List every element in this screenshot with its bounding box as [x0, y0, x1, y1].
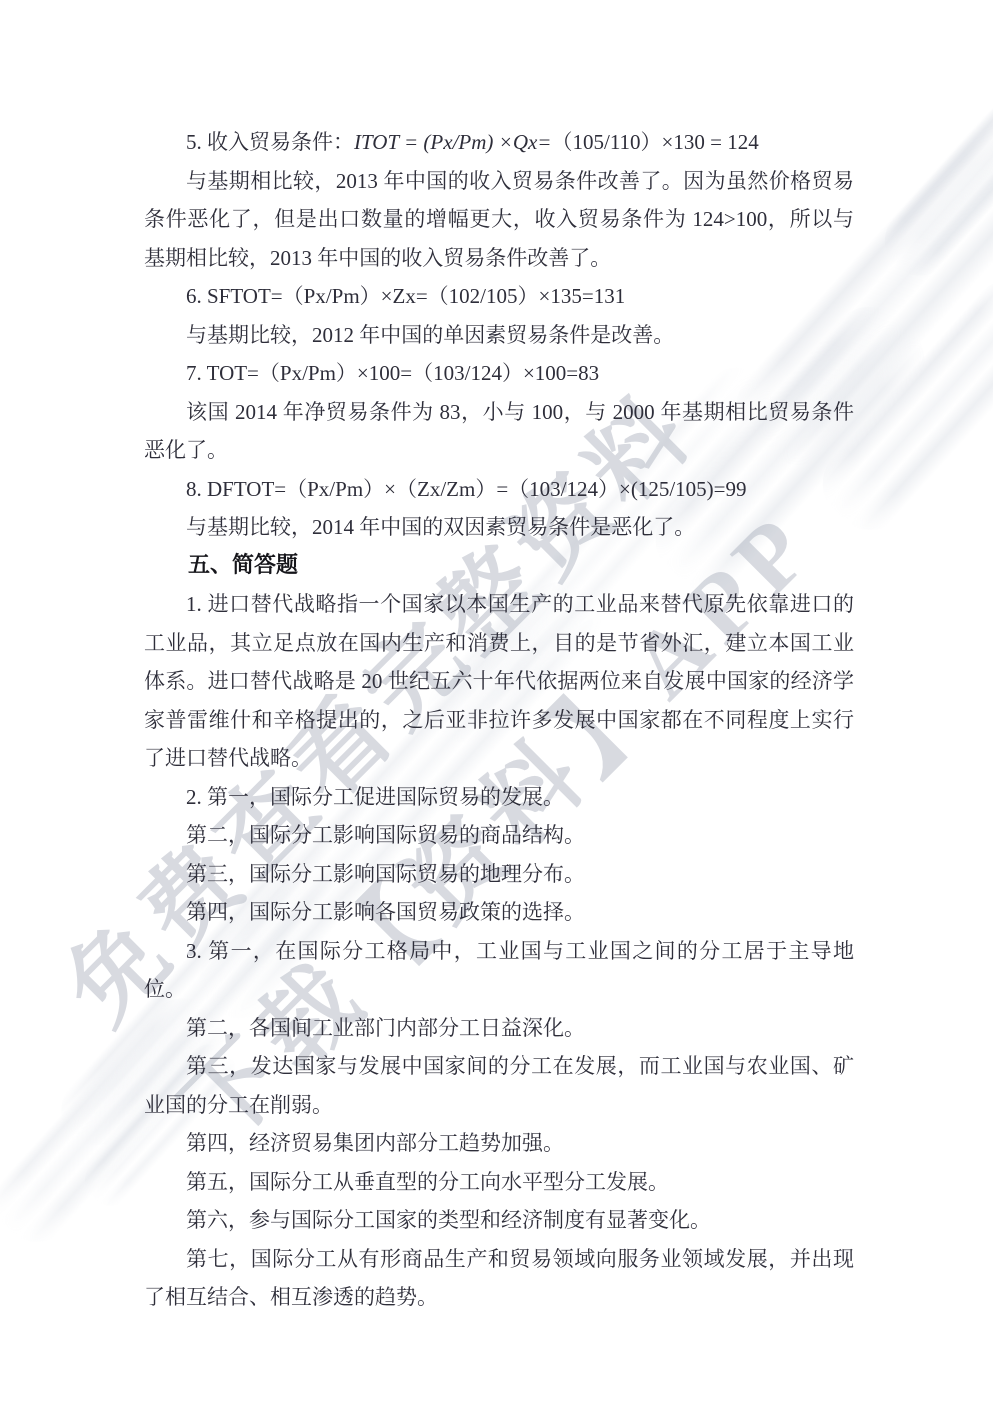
text-run: 与基期比较，2014 年中国的双因素贸易条件是恶化了。	[186, 515, 695, 539]
document-page: 免费查看完整资料 下载【资料】APP 5. 收入贸易条件：ITOT = (Px/…	[0, 0, 993, 1404]
paragraph: 第二，各国间工业部门内部分工日益深化。	[144, 1009, 854, 1048]
document-content: 5. 收入贸易条件：ITOT = (Px/Pm) ×Qx=（105/110）×1…	[144, 123, 854, 1317]
text-run: 第二，国际分工影响国际贸易的商品结构。	[186, 823, 585, 847]
text-run: 第七，国际分工从有形商品生产和贸易领域向服务业领域发展，并出现了相互结合、相互渗…	[144, 1247, 854, 1310]
paragraph: 第三，国际分工影响国际贸易的地理分布。	[144, 855, 854, 894]
paragraph: 7. TOT=（Px/Pm）×100=（103/124）×100=83	[144, 354, 854, 393]
paragraph: 与基期相比较，2013 年中国的收入贸易条件改善了。因为虽然价格贸易条件恶化了，…	[144, 162, 854, 278]
text-run: 8. DFTOT=（Px/Pm）×（Zx/Zm）=（103/124）×(125/…	[186, 477, 747, 501]
paragraph: 1. 进口替代战略指一个国家以本国生产的工业品来替代原先依靠进口的工业品，其立足…	[144, 585, 854, 778]
text-run: 1. 进口替代战略指一个国家以本国生产的工业品来替代原先依靠进口的工业品，其立足…	[144, 592, 854, 770]
text-run: 第六，参与国际分工国家的类型和经济制度有显著变化。	[186, 1208, 711, 1232]
paragraph: 8. DFTOT=（Px/Pm）×（Zx/Zm）=（103/124）×(125/…	[144, 470, 854, 509]
text-run: 第五，国际分工从垂直型的分工向水平型分工发展。	[186, 1170, 669, 1194]
paragraph: 与基期比较，2014 年中国的双因素贸易条件是恶化了。	[144, 508, 854, 547]
text-run: 6. SFTOT=（Px/Pm）×Zx=（102/105）×135=131	[186, 284, 625, 308]
text-run: 第三，发达国家与发展中国家间的分工在发展，而工业国与农业国、矿业国的分工在削弱。	[144, 1054, 854, 1117]
paragraph: 第四，经济贸易集团内部分工趋势加强。	[144, 1124, 854, 1163]
text-run: 第四，经济贸易集团内部分工趋势加强。	[186, 1131, 564, 1155]
text-run: 五、简答题	[188, 553, 298, 578]
paragraph: 第五，国际分工从垂直型的分工向水平型分工发展。	[144, 1163, 854, 1202]
paragraph: 第六，参与国际分工国家的类型和经济制度有显著变化。	[144, 1201, 854, 1240]
text-run: 与基期比较，2012 年中国的单因素贸易条件是改善。	[186, 323, 674, 347]
paragraph: 第三，发达国家与发展中国家间的分工在发展，而工业国与农业国、矿业国的分工在削弱。	[144, 1047, 854, 1124]
paragraph: 3. 第一，在国际分工格局中，工业国与工业国之间的分工居于主导地位。	[144, 932, 854, 1009]
text-run: 5. 收入贸易条件：	[186, 130, 354, 154]
paragraph: 2. 第一，国际分工促进国际贸易的发展。	[144, 778, 854, 817]
text-run: 第四，国际分工影响各国贸易政策的选择。	[186, 900, 585, 924]
section-heading: 五、简答题	[144, 547, 854, 586]
paragraph: 第七，国际分工从有形商品生产和贸易领域向服务业领域发展，并出现了相互结合、相互渗…	[144, 1240, 854, 1317]
text-run: 7. TOT=（Px/Pm）×100=（103/124）×100=83	[186, 361, 599, 385]
paragraph: 5. 收入贸易条件：ITOT = (Px/Pm) ×Qx=（105/110）×1…	[144, 123, 854, 162]
paragraph: 6. SFTOT=（Px/Pm）×Zx=（102/105）×135=131	[144, 277, 854, 316]
paragraph: 该国 2014 年净贸易条件为 83，小与 100，与 2000 年基期相比贸易…	[144, 393, 854, 470]
text-run: （105/110）×130 = 124	[551, 130, 758, 154]
text-run: ITOT = (Px/Pm) ×Qx=	[354, 130, 551, 154]
paragraph: 第二，国际分工影响国际贸易的商品结构。	[144, 816, 854, 855]
paragraph: 第四，国际分工影响各国贸易政策的选择。	[144, 893, 854, 932]
text-run: 与基期相比较，2013 年中国的收入贸易条件改善了。因为虽然价格贸易条件恶化了，…	[144, 169, 854, 270]
text-run: 该国 2014 年净贸易条件为 83，小与 100，与 2000 年基期相比贸易…	[144, 400, 854, 463]
text-run: 2. 第一，国际分工促进国际贸易的发展。	[186, 785, 564, 809]
text-run: 第二，各国间工业部门内部分工日益深化。	[186, 1016, 585, 1040]
text-run: 第三，国际分工影响国际贸易的地理分布。	[186, 862, 585, 886]
paragraph: 与基期比较，2012 年中国的单因素贸易条件是改善。	[144, 316, 854, 355]
text-run: 3. 第一，在国际分工格局中，工业国与工业国之间的分工居于主导地位。	[144, 939, 854, 1002]
